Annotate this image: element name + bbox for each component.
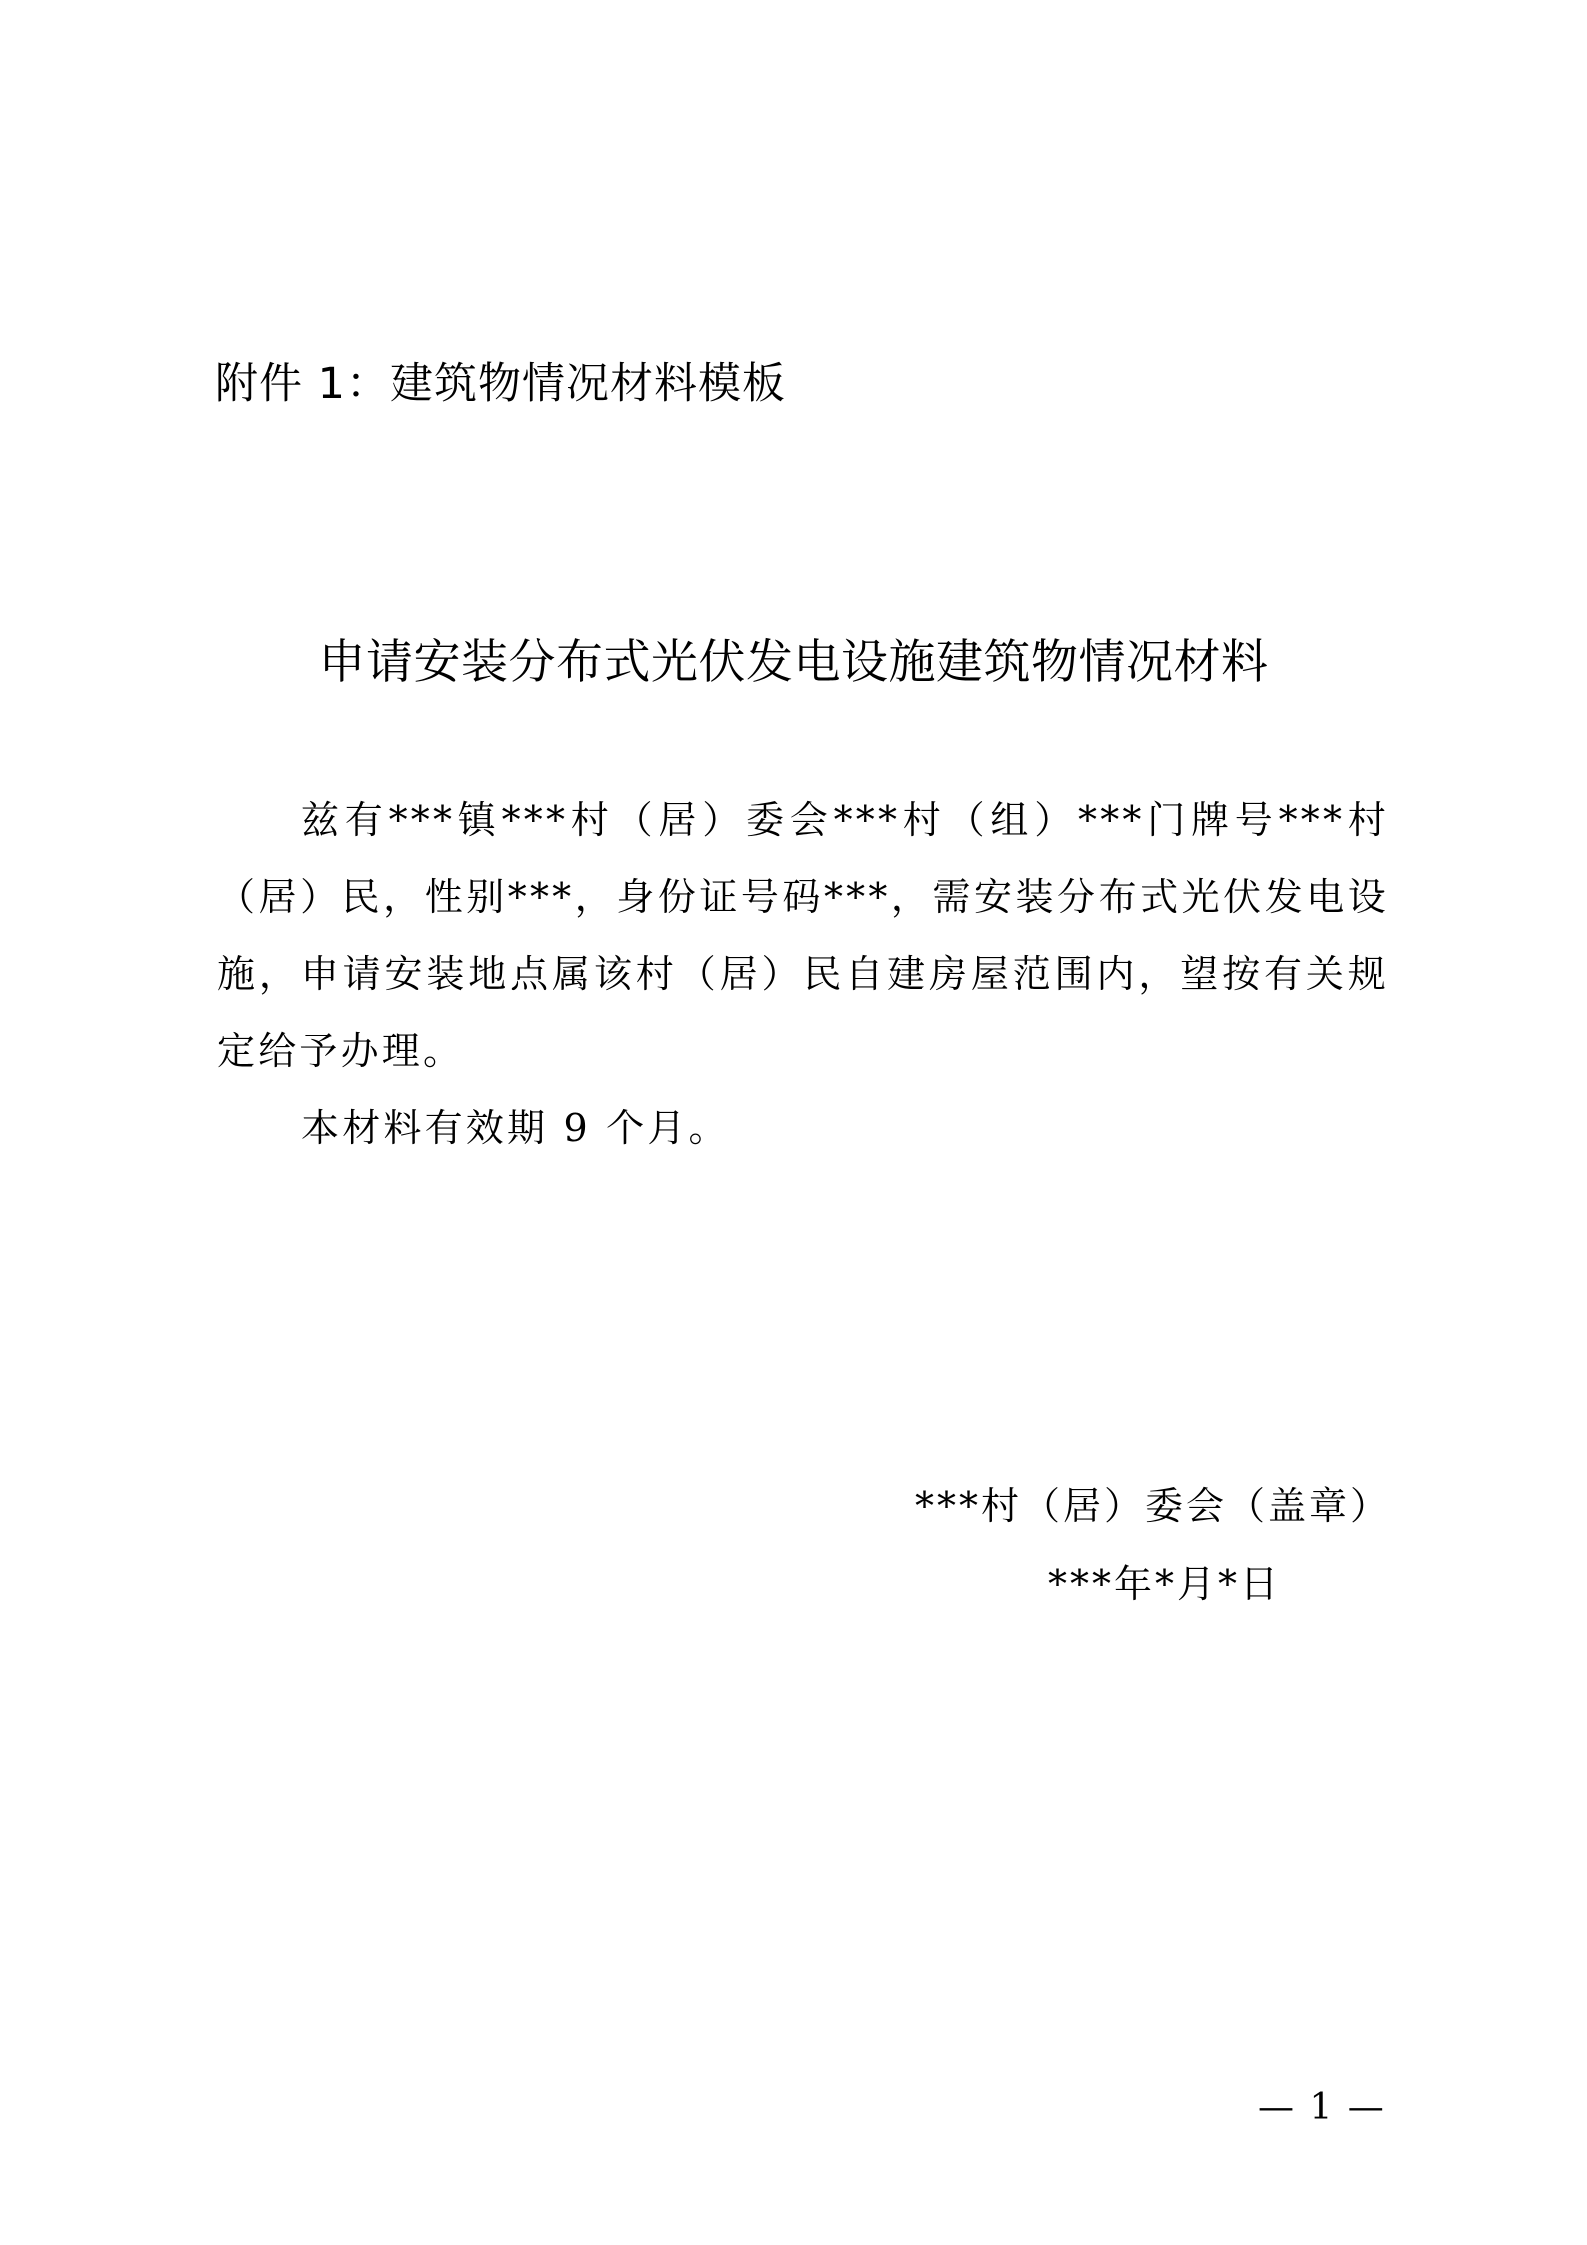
page-number: — 1 —: [1258, 2086, 1386, 2130]
signature-date: ***年*月*日: [1048, 1556, 1281, 1612]
document-page: 附件 1：建筑物情况材料模板 申请安装分布式光伏发电设施建筑物情况材料 兹有**…: [0, 0, 1587, 2245]
attachment-header: 附件 1：建筑物情况材料模板: [215, 356, 786, 412]
document-title: 申请安装分布式光伏发电设施建筑物情况材料: [0, 632, 1587, 694]
document-body: 兹有***镇***村（居）委会***村（组）***门牌号***村（居）民，性别*…: [217, 782, 1389, 1167]
body-paragraph-request: 兹有***镇***村（居）委会***村（组）***门牌号***村（居）民，性别*…: [217, 782, 1389, 1090]
body-paragraph-validity: 本材料有效期 9 个月。: [217, 1090, 1389, 1167]
signature-issuer: ***村（居）委会（盖章）: [915, 1478, 1391, 1534]
